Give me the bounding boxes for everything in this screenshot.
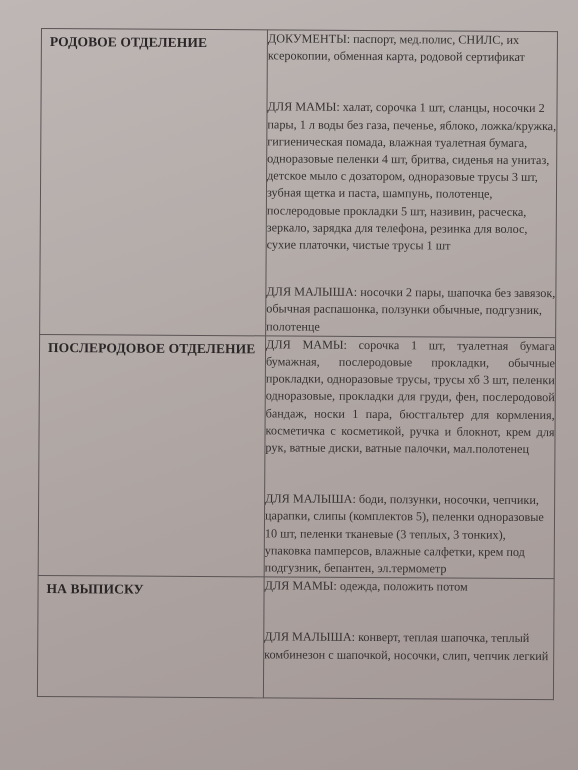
baby-items-list: ДЛЯ МАЛЫША: конверт, теплая шапочка, теп… bbox=[264, 629, 553, 665]
checklist-table: РОДОВОЕ ОТДЕЛЕНИЕ ДОКУМЕНТЫ: паспорт, ме… bbox=[37, 28, 558, 700]
block-label: ДОКУМЕНТЫ: bbox=[268, 31, 350, 46]
block-text: одежда, положить потом bbox=[337, 579, 468, 594]
block-label: ДЛЯ МАЛЫША: bbox=[264, 630, 355, 645]
baby-items-list: ДЛЯ МАЛЫША: носочки 2 пары, шапочка без … bbox=[266, 284, 555, 337]
documents-list: ДОКУМЕНТЫ: паспорт, мед.полис, СНИЛС, их… bbox=[268, 30, 557, 66]
section-title: РОДОВОЕ ОТДЕЛЕНИЕ bbox=[42, 29, 267, 52]
items-cell: ДЛЯ МАМЫ: сорочка 1 шт, туалетная бумага… bbox=[264, 336, 555, 579]
section-cell: РОДОВОЕ ОТДЕЛЕНИЕ bbox=[40, 29, 268, 336]
block-label: ДЛЯ МАМЫ: bbox=[265, 579, 337, 593]
table-row-postnatal-ward: ПОСЛЕРОДОВОЕ ОТДЕЛЕНИЕ ДЛЯ МАМЫ: сорочка… bbox=[38, 334, 555, 579]
block-text: халат, сорочка 1 шт, сланцы, носочки 2 п… bbox=[267, 100, 557, 252]
section-title: ПОСЛЕРОДОВОЕ ОТДЕЛЕНИЕ bbox=[40, 335, 265, 358]
section-cell: НА ВЫПИСКУ bbox=[37, 576, 264, 698]
block-text: сорочка 1 шт, туалетная бумага бумажная,… bbox=[265, 338, 555, 456]
table-row-discharge: НА ВЫПИСКУ ДЛЯ МАМЫ: одежда, положить по… bbox=[37, 576, 554, 700]
mother-items-list: ДЛЯ МАМЫ: халат, сорочка 1 шт, сланцы, н… bbox=[267, 99, 557, 256]
section-title: НА ВЫПИСКУ bbox=[39, 576, 264, 599]
table-row-delivery-ward: РОДОВОЕ ОТДЕЛЕНИЕ ДОКУМЕНТЫ: паспорт, ме… bbox=[40, 29, 558, 338]
items-cell: ДОКУМЕНТЫ: паспорт, мед.полис, СНИЛС, их… bbox=[266, 30, 558, 338]
block-label: ДЛЯ МАМЫ: bbox=[267, 100, 339, 114]
mother-items-list: ДЛЯ МАМЫ: сорочка 1 шт, туалетная бумага… bbox=[265, 336, 555, 458]
block-label: ДЛЯ МАМЫ: bbox=[266, 337, 347, 351]
block-label: ДЛЯ МАЛЫША: bbox=[265, 492, 356, 507]
section-cell: ПОСЛЕРОДОВОЕ ОТДЕЛЕНИЕ bbox=[38, 334, 265, 577]
items-cell: ДЛЯ МАМЫ: одежда, положить потом ДЛЯ МАЛ… bbox=[263, 577, 554, 700]
block-label: ДЛЯ МАЛЫША: bbox=[266, 285, 357, 300]
baby-items-list: ДЛЯ МАЛЫША: боди, ползунки, носочки, чеп… bbox=[265, 491, 555, 579]
mother-items-list: ДЛЯ МАМЫ: одежда, положить потом bbox=[265, 578, 554, 597]
